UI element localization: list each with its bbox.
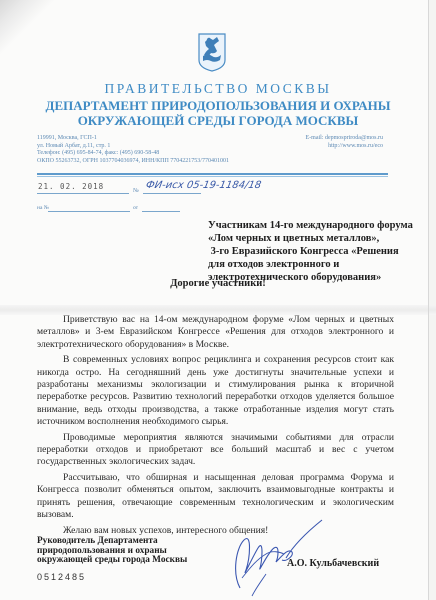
addressee-line: для отходов электронного и [208, 258, 413, 271]
email-text: E-mail: depmospriroda@mos.ru [305, 135, 383, 143]
government-title: ПРАВИТЕЛЬСТВО МОСКВЫ [0, 81, 436, 97]
signatory-name: А.О. Кульбачевский [287, 558, 379, 569]
number-label: № [133, 188, 139, 194]
body-paragraph: Рассчитываю, что обширная и насыщенная д… [37, 472, 394, 522]
letterhead-divider [37, 173, 388, 175]
letter-page: ПРАВИТЕЛЬСТВО МОСКВЫ ДЕПАРТАМЕНТ ПРИРОДО… [0, 0, 428, 600]
page-fold-shadow [0, 0, 100, 70]
registry-codes-line: ОКПО 55263732, ОГРН 1037704036974, ИНН/К… [37, 158, 229, 166]
greeting: Дорогие участники! [0, 278, 436, 289]
addressee-line: «Лом черных и цветных металлов», [208, 232, 413, 245]
address-line: 119991, Москва, ГСП-1 [37, 135, 229, 143]
page-edge [428, 0, 429, 600]
reference-underline [48, 211, 130, 212]
signatory-title: Руководитель Департамента природопользов… [37, 537, 187, 566]
addressee-line: 3-го Евразийского Конгресса «Решения [208, 245, 413, 258]
phone-line: Телефон: (495) 695-84-74, факс: (495) 69… [37, 150, 229, 158]
document-code: 0512485 [37, 572, 86, 582]
registration-number: ФИ-исх 05-19-1184/18 [145, 180, 262, 191]
department-title: ДЕПАРТАМЕНТ ПРИРОДОПОЛЬЗОВАНИЯ И ОХРАНЫ … [0, 98, 436, 128]
body-paragraph: Приветствую вас на 14-ом международном ф… [37, 314, 394, 351]
department-address: 119991, Москва, ГСП-1 ул. Новый Арбат, д… [37, 135, 229, 165]
date-underline [37, 193, 129, 194]
signatory-title-line: окружающей среды города Москвы [37, 556, 187, 566]
number-underline [143, 193, 201, 194]
department-contacts: E-mail: depmospriroda@mos.ru http://www.… [305, 135, 383, 150]
letter-body: Приветствую вас на 14-ом международном ф… [37, 314, 394, 540]
department-title-line-1: ДЕПАРТАМЕНТ ПРИРОДОПОЛЬЗОВАНИЯ И ОХРАНЫ [0, 98, 436, 113]
addressee-line: Участникам 14-го международного форума [208, 219, 413, 232]
letterhead-divider-thin [37, 176, 388, 177]
from-underline [142, 211, 180, 212]
website-text: http://www.mos.ru/eco [305, 143, 383, 151]
addressee-block: Участникам 14-го международного форума «… [208, 219, 413, 284]
department-title-line-2: ОКРУЖАЮЩЕЙ СРЕДЫ ГОРОДА МОСКВЫ [0, 113, 436, 128]
reference-from-label: от [133, 205, 138, 211]
body-paragraph: Проводимые мероприятия являются значимым… [37, 432, 394, 469]
registration-date: 21. 02. 2018 [38, 182, 104, 191]
moscow-coat-of-arms-icon [197, 32, 227, 72]
body-paragraph: В современных условиях вопрос рециклинга… [37, 354, 394, 428]
